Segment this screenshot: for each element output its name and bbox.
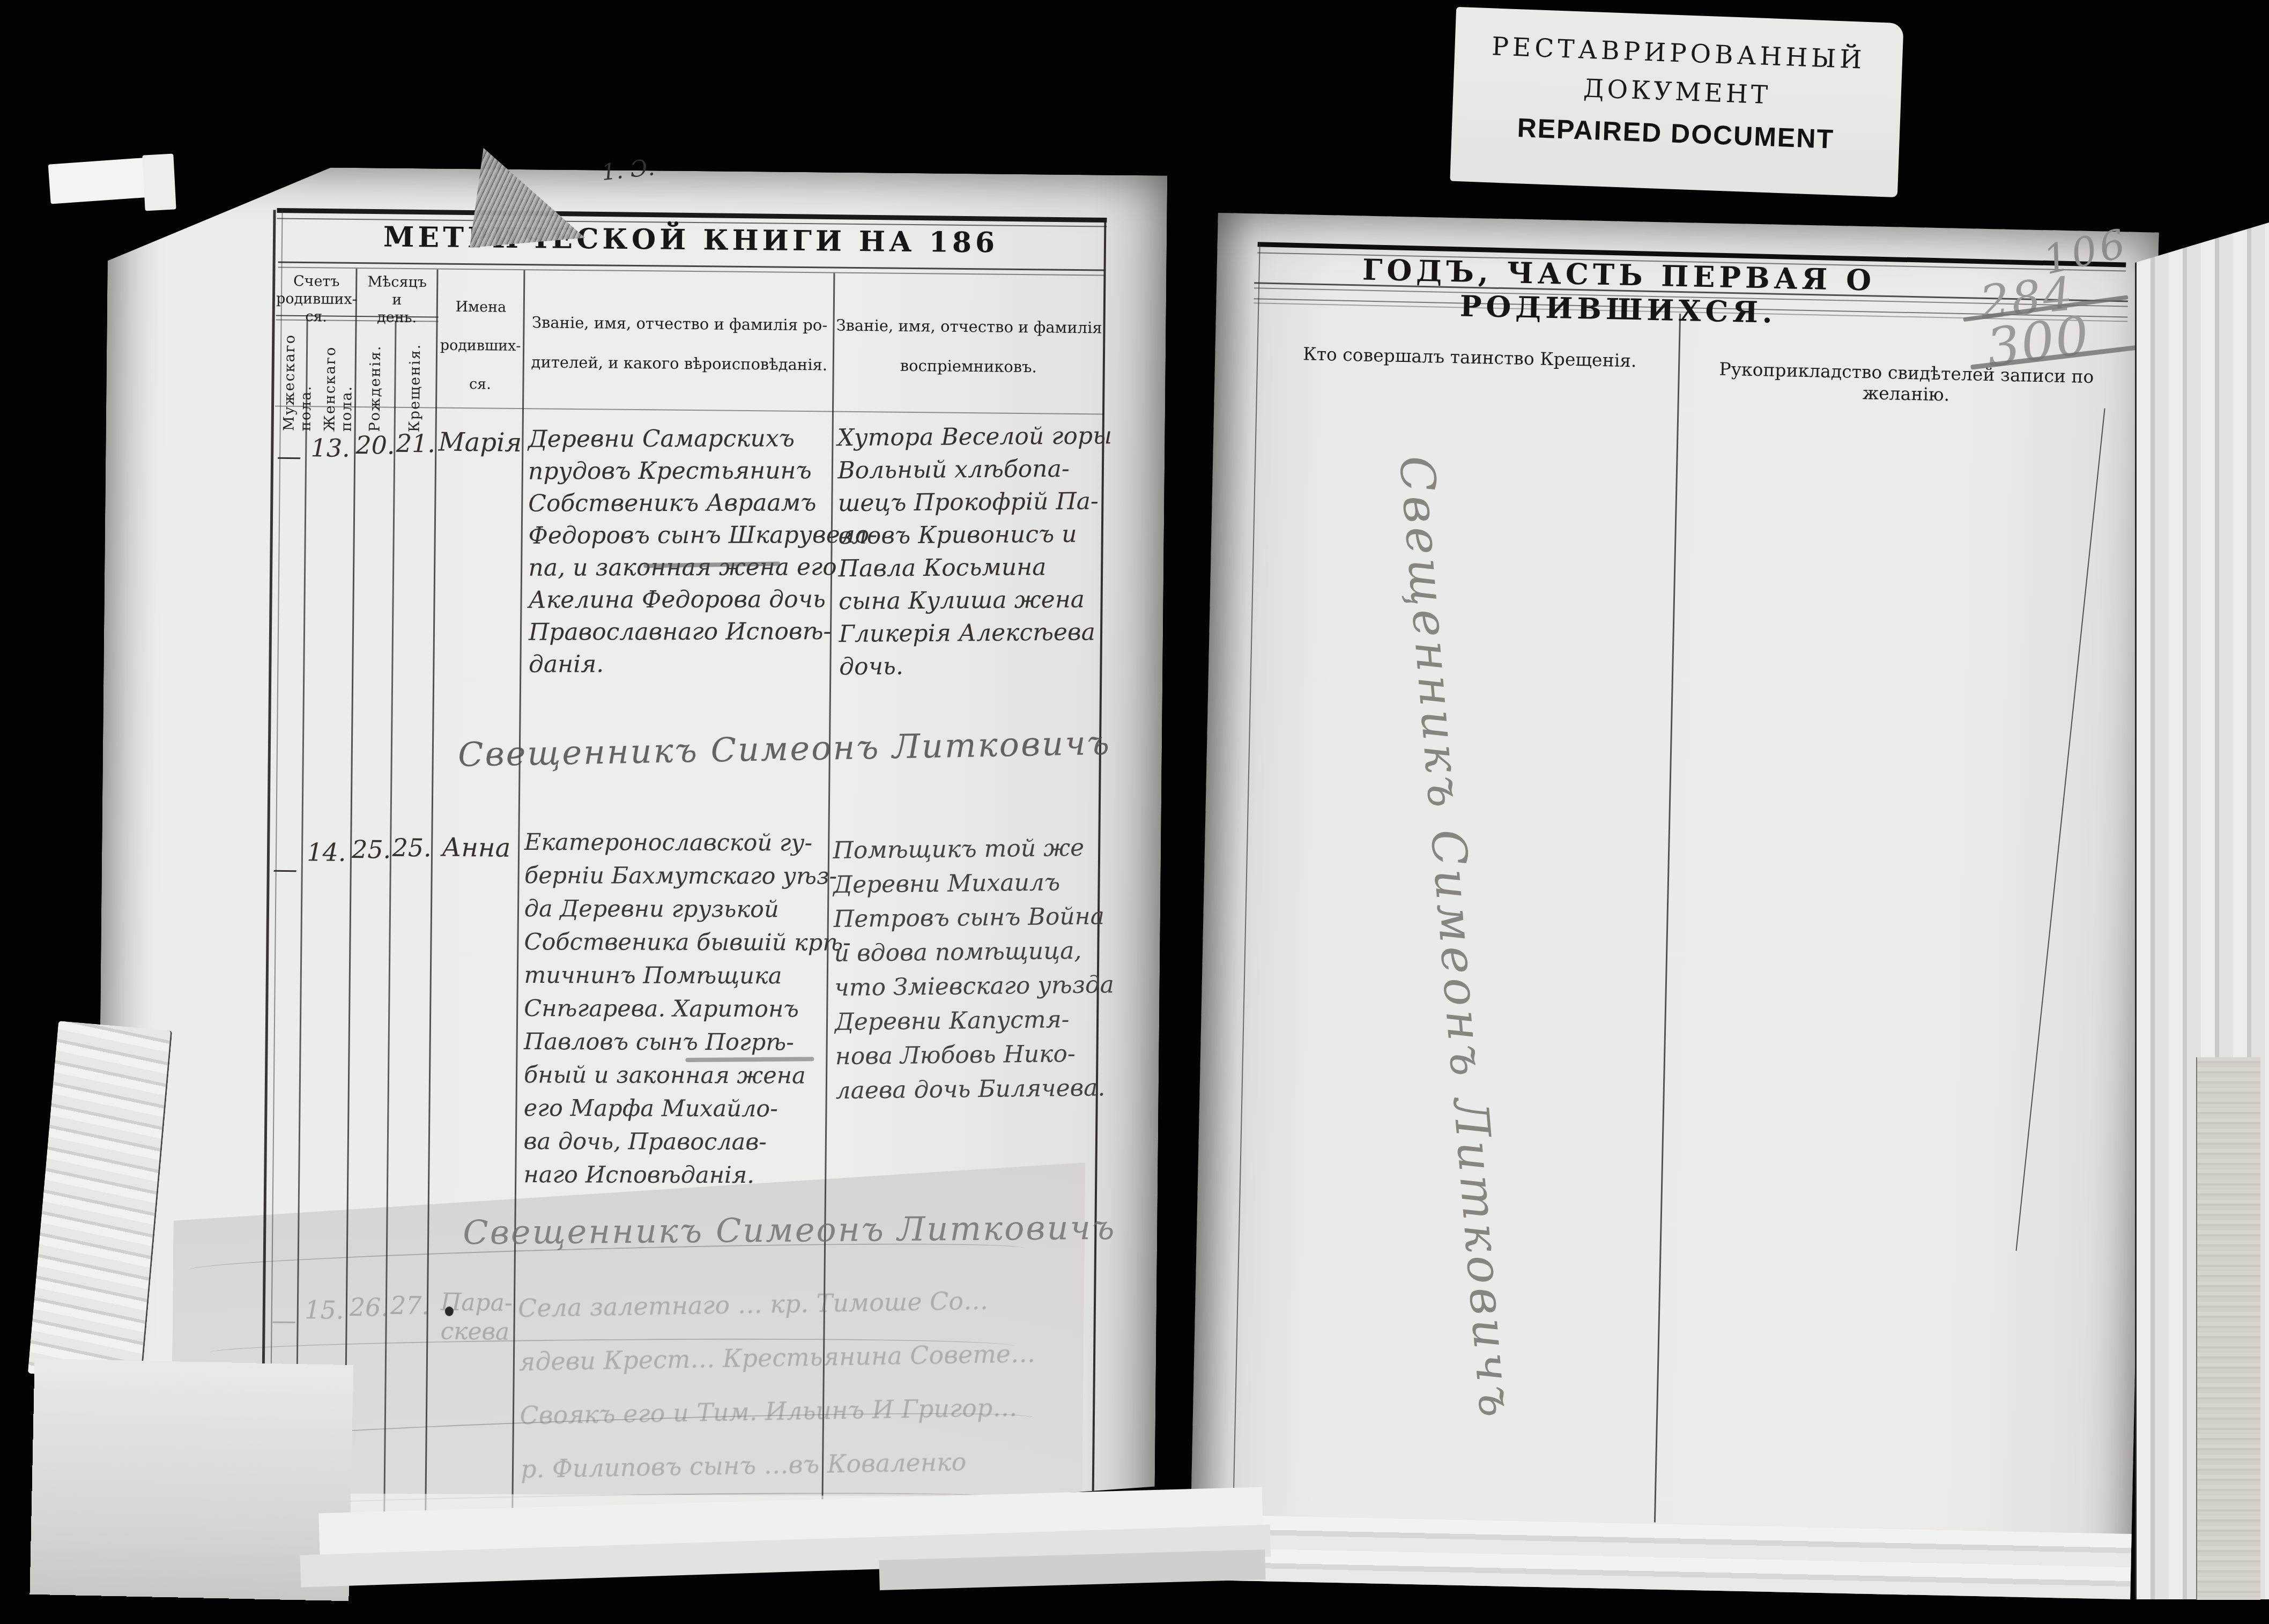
header-baptized-label: Крещенія. <box>406 325 424 432</box>
entry3-born-day: 26. <box>350 1293 389 1322</box>
header-female-label: Женскаго пола. <box>322 324 356 432</box>
header-godparents-group: Званіе, имя, отчество и фамиліявоспріемн… <box>835 306 1101 388</box>
entry3-male-no: — <box>268 1306 300 1336</box>
ink-blot <box>445 1307 454 1316</box>
entry3-baptized-day: 27. <box>390 1291 429 1321</box>
repair-card-line-ru1: РЕСТАВРИРОВАННЫЙ <box>1455 31 1903 77</box>
entry1-baptized-day: 21. <box>395 429 436 458</box>
entry1-female-no: 13. <box>306 433 355 463</box>
entry1-born-day: 20. <box>355 431 395 460</box>
header-parents-group: Званіе, имя, отчество и фамилія ро-дител… <box>529 302 829 384</box>
entry2-priest-signature: Свещенникъ Симеонъ Литковичъ <box>463 1207 1160 1252</box>
entry2-godparents-text: Помѣщикъ той жеДеревни МихаилъПетровъ сы… <box>833 830 1115 1108</box>
page-crease-line <box>2015 409 2105 1251</box>
entry1-godparents-text: Хутора Веселой горыВольный хлѣбопа-шецъ … <box>837 419 1118 683</box>
paper-tab <box>48 157 153 204</box>
header-month-group: Мѣсяцъидень. <box>356 273 438 327</box>
entry3-name: Пара-скева <box>440 1288 521 1347</box>
entry2-female-no: 14. <box>302 837 351 867</box>
entry1-parents-text: Деревни Самарскихъпрудовъ КрестьянинъСоб… <box>528 422 837 681</box>
left-margin-rule <box>1233 243 1260 1517</box>
entry2-male-no: — <box>269 855 301 884</box>
paper-tab-edge <box>142 154 176 211</box>
entry1-male-no: — <box>273 442 306 471</box>
right-page: ГОДЪ, ЧАСТЬ ПЕРВАЯ О РОДИВШИХСЯ. Кто сов… <box>1189 213 2159 1599</box>
left-page-corner-note: 1. Ɔ. <box>600 154 656 186</box>
right-textured-strip <box>2196 1057 2260 1600</box>
header-bottom-rule <box>275 406 1103 415</box>
entry1-priest-signature: Свещенникъ Симеонъ Литковичъ <box>457 722 1155 774</box>
repair-card: РЕСТАВРИРОВАННЫЙ ДОКУМЕНТ REPAIRED DOCUM… <box>1450 7 1903 197</box>
header-count-group: Счетъродивших-ся. <box>276 272 357 326</box>
entry3-faint-text: Села залетнаго … кр. Тимоше Со…ядеви Кре… <box>517 1272 1100 1496</box>
title-under-rule <box>278 262 1105 271</box>
center-column-divider <box>1654 314 1681 1523</box>
bottom-page-edges <box>1189 1514 2131 1599</box>
priest-signature-vertical: Свещенникъ Симеонъ Литковичъ <box>1389 454 1533 1527</box>
left-page: МЕТРИЧЕСКОЙ КНИГИ НА 186 Счетъродивших-с… <box>95 166 1167 1548</box>
header-baptism-officiant: Кто совершалъ таинство Крещенія. <box>1285 343 1655 372</box>
entry2-baptized-day: 25. <box>391 833 433 863</box>
right-page-title: ГОДЪ, ЧАСТЬ ПЕРВАЯ О РОДИВШИХСЯ. <box>1286 251 1952 333</box>
entry2-parents-text: Екатеронославской гу-берніи Бахмутскаго … <box>523 826 833 1192</box>
header-names-group: Именародивших-ся. <box>436 287 524 404</box>
entry3-female-no: 15. <box>301 1295 348 1325</box>
repair-card-line-en: REPAIRED DOCUMENT <box>1451 110 1900 158</box>
entry2-name: Анна <box>433 832 520 863</box>
repair-card-line-ru2: ДОКУМЕНТ <box>1453 69 1901 115</box>
header-born-label: Рожденія. <box>367 324 384 432</box>
archival-scan: МЕТРИЧЕСКОЙ КНИГИ НА 186 Счетъродивших-с… <box>0 0 2269 1624</box>
header-male-label: Мужескаго пола. <box>281 324 315 432</box>
entry1-name: Марія <box>437 427 523 458</box>
entry2-born-day: 25. <box>352 835 391 864</box>
